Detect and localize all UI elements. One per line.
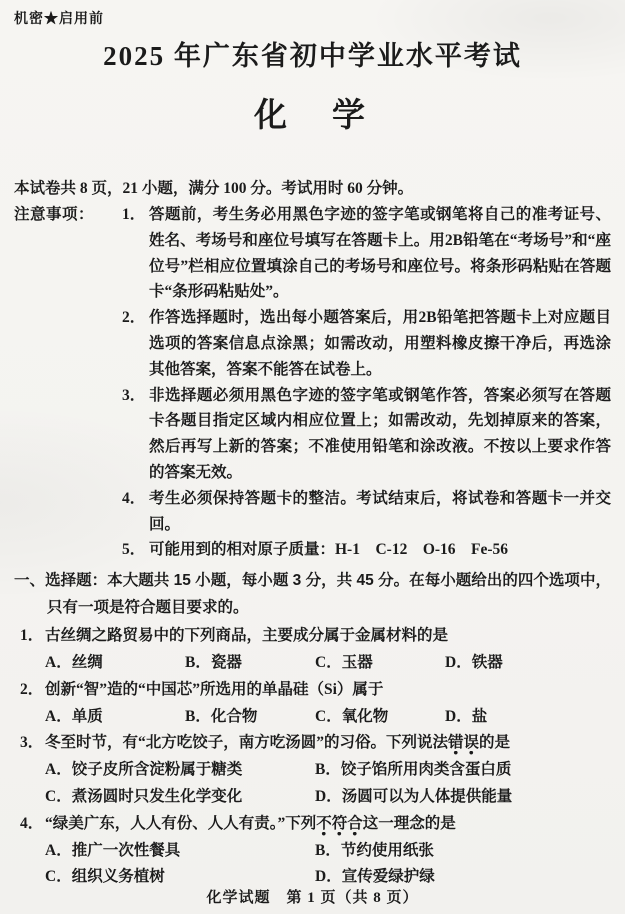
question-number: 4． [20,811,45,838]
question-stem: 3． 冬至时节，有“北方吃饺子，南方吃汤圆”的习俗。下列说法错误的是 [14,730,611,757]
exam-paper-page: 机密★启用前 2025 年广东省初中学业水平考试 化 学 本试卷共 8 页，21… [0,0,625,914]
notice-item: 5． 可能用到的相对原子质量：H-1 C-12 O-16 Fe-56 [122,537,611,563]
notice-item-text: 可能用到的相对原子质量：H-1 C-12 O-16 Fe-56 [149,537,611,563]
notes-section: 注意事项： 1． 答题前，考生务必用黑色字迹的签字笔或钢笔将自己的准考证号、姓名… [14,202,611,563]
answer-option: C．氧化物 [315,704,445,731]
notice-item-text: 非选择题必须用黑色字迹的签字笔或钢笔作答，答案必须写在答题卡各题目指定区域内相应… [149,383,611,486]
emphasized-text: 不符合 [316,815,363,836]
answer-option: C．玉器 [315,650,445,677]
notice-item-number: 1． [122,202,149,305]
section-heading-text: 选择题：本大题共 15 小题，每小题 3 分，共 45 分。在每小题给出的四个选… [45,572,611,616]
question-stem: 1． 古丝绸之路贸易中的下列商品，主要成分属于金属材料的是 [14,623,611,650]
notice-item-text: 答题前，考生务必用黑色字迹的签字笔或钢笔将自己的准考证号、姓名、考场号和座位号填… [149,202,611,305]
notice-item-text: 考生必须保持答题卡的整洁。考试结束后，将试卷和答题卡一并交回。 [149,486,611,538]
question-number: 3． [20,730,45,757]
question-block: 1． 古丝绸之路贸易中的下列商品，主要成分属于金属材料的是 A．丝绸B．瓷器C．… [14,623,611,677]
exam-title: 2025 年广东省初中学业水平考试 [14,38,611,74]
questions-list: 1． 古丝绸之路贸易中的下列商品，主要成分属于金属材料的是 A．丝绸B．瓷器C．… [14,623,611,891]
answer-option: C．煮汤圆时只发生化学变化 [45,784,315,811]
classification-label: 机密★启用前 [14,8,611,28]
question-number: 2． [20,677,45,704]
page-footer: 化学试题 第 1 页（共 8 页） [0,886,625,907]
question-block: 2． 创新“智”造的“中国芯”所选用的单晶硅（Si）属于 A．单质B．化合物C．… [14,677,611,731]
question-stem-text: “绿美广东，人人有份、人人有责。”下列不符合这一理念的是 [45,811,611,838]
notice-item-text: 作答选择题时，选出每小题答案后，用2B铅笔把答题卡上对应题目选项的答案信息点涂黑… [149,305,611,382]
emphasized-text: 错误 [448,734,479,755]
notice-item-number: 3． [122,383,149,486]
exam-info-line: 本试卷共 8 页，21 小题，满分 100 分。考试用时 60 分钟。 [14,176,611,202]
question-stem: 4． “绿美广东，人人有份、人人有责。”下列不符合这一理念的是 [14,811,611,838]
subject-title: 化 学 [14,94,611,138]
notes-label: 注意事项： [14,202,94,228]
answer-option: A．丝绸 [45,650,185,677]
question-stem: 2． 创新“智”造的“中国芯”所选用的单晶硅（Si）属于 [14,677,611,704]
answer-option: D．汤圆可以为人体提供能量 [315,784,611,811]
notice-item: 3． 非选择题必须用黑色字迹的签字笔或钢笔作答，答案必须写在答题卡各题目指定区域… [122,383,611,486]
question-block: 3． 冬至时节，有“北方吃饺子，南方吃汤圆”的习俗。下列说法错误的是 A．饺子皮… [14,730,611,810]
answer-option: D．盐 [445,704,611,731]
answer-option: B．瓷器 [185,650,315,677]
answer-options: A．单质B．化合物C．氧化物D．盐 [14,704,611,731]
answer-options: A．饺子皮所含淀粉属于糖类B．饺子馅所用肉类含蛋白质C．煮汤圆时只发生化学变化D… [14,757,611,811]
answer-options: A．推广一次性餐具B．节约使用纸张C．组织义务植树D．宣传爱绿护绿 [14,838,611,892]
notice-item: 2． 作答选择题时，选出每小题答案后，用2B铅笔把答题卡上对应题目选项的答案信息… [122,305,611,382]
section-number: 一、 [14,572,45,589]
answer-option: A．饺子皮所含淀粉属于糖类 [45,757,315,784]
answer-options: A．丝绸B．瓷器C．玉器D．铁器 [14,650,611,677]
notice-item: 1． 答题前，考生务必用黑色字迹的签字笔或钢笔将自己的准考证号、姓名、考场号和座… [122,202,611,305]
question-stem-text: 古丝绸之路贸易中的下列商品，主要成分属于金属材料的是 [45,623,611,650]
question-block: 4． “绿美广东，人人有份、人人有责。”下列不符合这一理念的是 A．推广一次性餐… [14,811,611,891]
question-stem-text: 冬至时节，有“北方吃饺子，南方吃汤圆”的习俗。下列说法错误的是 [45,730,611,757]
answer-option: B．饺子馅所用肉类含蛋白质 [315,757,611,784]
question-number: 1． [20,623,45,650]
answer-option: A．推广一次性餐具 [45,838,315,865]
answer-option: B．节约使用纸张 [315,838,611,865]
section-heading: 一、选择题：本大题共 15 小题，每小题 3 分，共 45 分。在每小题给出的四… [14,568,611,621]
notes-list: 1． 答题前，考生务必用黑色字迹的签字笔或钢笔将自己的准考证号、姓名、考场号和座… [122,202,611,563]
notice-item-number: 2． [122,305,149,382]
notice-item: 4． 考生必须保持答题卡的整洁。考试结束后，将试卷和答题卡一并交回。 [122,486,611,538]
answer-option: A．单质 [45,704,185,731]
question-stem-text: 创新“智”造的“中国芯”所选用的单晶硅（Si）属于 [45,677,611,704]
notice-item-number: 4． [122,486,149,538]
answer-option: D．铁器 [445,650,611,677]
notice-item-number: 5． [122,537,149,563]
answer-option: B．化合物 [185,704,315,731]
